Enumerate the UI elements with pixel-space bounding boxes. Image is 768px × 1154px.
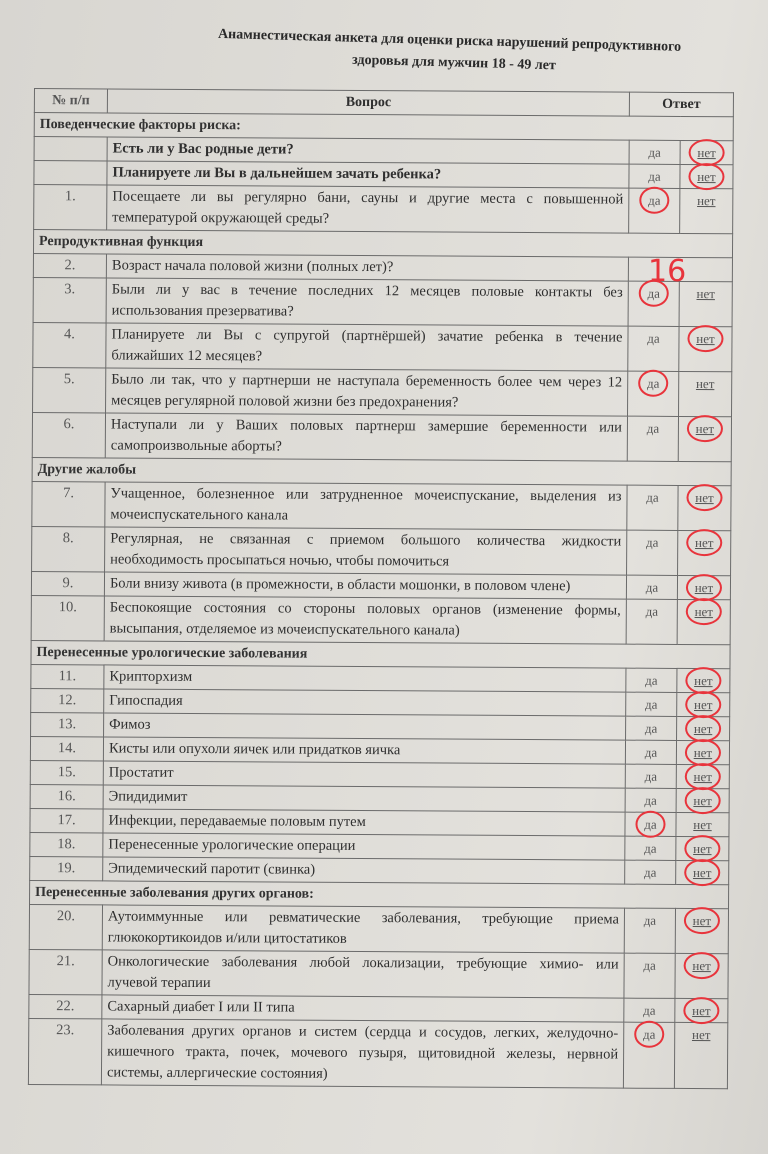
answer-yes-option[interactable]: да — [642, 766, 661, 787]
answer-yes-cell: да — [629, 164, 680, 188]
answer-no-cell: нет — [679, 281, 732, 326]
answer-no-cell: нет — [680, 140, 733, 164]
answer-no-option[interactable]: нет — [690, 790, 715, 811]
question-text: Были ли у вас в течение последних 12 мес… — [106, 278, 628, 326]
answer-yes-cell: да — [625, 812, 676, 836]
answer-no-option[interactable]: нет — [694, 190, 719, 211]
answer-no-cell: нет — [677, 575, 730, 599]
answer-yes-option[interactable]: да — [640, 1000, 659, 1021]
question-number: 23. — [28, 1018, 101, 1084]
question-text: Кисты или опухоли яичек или придатков яи… — [103, 737, 625, 764]
document-title: Анамнестическая анкета для оценки риска … — [149, 22, 750, 83]
answer-no-cell: нет — [676, 836, 729, 860]
answer-yes-option[interactable]: да — [641, 790, 660, 811]
question-text: Наступали ли у Ваших половых партнерш за… — [105, 413, 627, 461]
answer-yes-option[interactable]: да — [642, 670, 661, 691]
answer-no-cell: нет — [674, 1022, 727, 1088]
answer-yes-cell: да — [626, 599, 677, 644]
answer-no-cell: нет — [675, 953, 728, 998]
answer-yes-option[interactable]: да — [640, 955, 659, 976]
question-number — [34, 161, 107, 185]
question-text: Планируете ли Вы в дальнейшем зачать реб… — [107, 161, 629, 188]
answer-yes-option[interactable]: да — [641, 814, 660, 835]
answer-no-cell: нет — [677, 716, 730, 740]
answer-yes-option[interactable]: да — [642, 742, 661, 763]
question-number: 12. — [31, 688, 104, 712]
question-row: 7.Учащенное, болезненное или затрудненно… — [32, 481, 731, 530]
question-row: 6.Наступали ли у Ваших половых партнерш … — [32, 412, 731, 461]
answer-yes-cell: да — [624, 998, 675, 1022]
answer-no-option[interactable]: нет — [689, 1024, 714, 1045]
question-number: 13. — [31, 712, 104, 736]
answer-yes-cell: да — [625, 764, 676, 788]
answer-no-option[interactable]: нет — [692, 601, 717, 622]
answer-yes-option[interactable]: да — [644, 373, 663, 394]
answer-no-option[interactable]: нет — [690, 862, 715, 883]
answer-no-option[interactable]: нет — [690, 910, 715, 931]
answer-no-cell: нет — [680, 188, 733, 233]
answer-no-option[interactable]: нет — [692, 487, 717, 508]
question-row: 1.Посещаете ли вы регулярно бани, сауны … — [34, 185, 733, 234]
answer-no-option[interactable]: нет — [693, 328, 718, 349]
question-number: 22. — [29, 994, 102, 1018]
answer-no-cell: нет — [678, 485, 731, 530]
answer-no-option[interactable]: нет — [692, 577, 717, 598]
answer-yes-option[interactable]: да — [645, 166, 664, 187]
question-row: 21.Онкологические заболевания любой лока… — [29, 949, 728, 998]
answer-yes-cell: да — [626, 668, 677, 692]
answer-no-cell: нет — [675, 908, 728, 953]
question-number: 15. — [30, 760, 103, 784]
answer-yes-cell: да — [625, 860, 676, 884]
question-number: 11. — [31, 664, 104, 688]
answer-no-option[interactable]: нет — [691, 718, 716, 739]
answer-no-cell: нет — [680, 164, 733, 188]
question-number: 10. — [31, 595, 104, 640]
question-number: 2. — [33, 253, 106, 277]
answer-yes-cell: да — [628, 371, 679, 416]
questionnaire-table: № п/п Вопрос Ответ Поведенческие факторы… — [28, 88, 734, 1089]
answer-no-cell: нет — [677, 692, 730, 716]
question-text: Регулярная, не связанная с приемом больш… — [105, 527, 627, 575]
question-number: 3. — [33, 277, 106, 322]
question-row: 8.Регулярная, не связанная с приемом бол… — [32, 526, 731, 575]
question-number: 5. — [33, 367, 106, 412]
question-number: 8. — [32, 526, 105, 571]
answer-yes-option[interactable]: да — [643, 577, 662, 598]
answer-yes-cell: да — [627, 530, 678, 575]
question-number: 6. — [32, 412, 105, 457]
question-row: 4.Планируете ли Вы с супругой (партнёрше… — [33, 322, 732, 371]
question-text: Крипторхизм — [104, 665, 626, 692]
answer-yes-cell: да — [623, 1022, 674, 1088]
answer-yes-option[interactable]: да — [641, 862, 660, 883]
question-text: Боли внизу живота (в промежности, в обла… — [104, 572, 626, 599]
question-number: 17. — [30, 808, 103, 832]
answer-yes-option[interactable]: да — [643, 532, 662, 553]
answer-yes-option[interactable]: да — [642, 694, 661, 715]
answer-yes-cell: да — [624, 953, 675, 998]
answer-yes-option[interactable]: да — [641, 910, 660, 931]
header-num: № п/п — [34, 89, 107, 113]
question-text: Простатит — [103, 761, 625, 788]
answer-no-option[interactable]: нет — [693, 283, 718, 304]
answer-no-option[interactable]: нет — [691, 742, 716, 763]
question-text: Аутоиммунные или ревматические заболеван… — [102, 905, 624, 953]
question-text: Сахарный диабет I или II типа — [102, 995, 624, 1022]
answer-no-cell: нет — [676, 812, 729, 836]
answer-no-cell: нет — [677, 599, 730, 644]
answer-no-cell: нет — [678, 416, 731, 461]
question-text: Перенесенные урологические операции — [103, 833, 625, 860]
answer-yes-cell: да — [625, 788, 676, 812]
answer-yes-cell: да — [629, 188, 680, 233]
question-text: Онкологические заболевания любой локализ… — [102, 950, 624, 998]
answer-no-option[interactable]: нет — [693, 418, 718, 439]
answer-no-option[interactable]: нет — [691, 694, 716, 715]
answer-yes-cell: да — [626, 692, 677, 716]
header-answer: Ответ — [629, 92, 733, 117]
answer-no-cell: нет — [676, 764, 729, 788]
question-row: 20.Аутоиммунные или ревматические заболе… — [29, 904, 728, 953]
question-number: 4. — [33, 322, 106, 367]
answer-no-option[interactable]: нет — [691, 766, 716, 787]
answer-yes-option[interactable]: да — [644, 328, 663, 349]
answer-yes-option[interactable]: да — [642, 718, 661, 739]
question-number: 18. — [30, 832, 103, 856]
answer-no-option[interactable]: нет — [692, 532, 717, 553]
answer-no-option[interactable]: нет — [694, 142, 719, 163]
answer-no-cell: нет — [679, 371, 732, 416]
answer-no-cell: нет — [676, 740, 729, 764]
question-text: Фимоз — [104, 713, 626, 740]
answer-yes-cell: да — [629, 140, 680, 164]
question-number: 14. — [30, 736, 103, 760]
question-text: Эпидидимит — [103, 785, 625, 812]
answer-no-option[interactable]: нет — [690, 838, 715, 859]
answer-no-option[interactable]: нет — [689, 1000, 714, 1021]
question-row: 23.Заболевания других органов и систем (… — [28, 1018, 727, 1088]
question-row: 5.Было ли так, что у партнерши не наступ… — [33, 367, 732, 416]
question-text: Гипоспадия — [104, 689, 626, 716]
question-text: Возраст начала половой жизни (полных лет… — [106, 254, 628, 281]
question-text: Есть ли у Вас родные дети? — [107, 137, 629, 164]
answer-yes-cell: да — [626, 575, 677, 599]
table-body: Поведенческие факторы риска:Есть ли у Ва… — [28, 113, 733, 1089]
answer-yes-cell: да — [626, 716, 677, 740]
question-row: 10.Беспокоящие состояния со стороны поло… — [31, 595, 730, 644]
question-row: 3.Были ли у вас в течение последних 12 м… — [33, 277, 732, 326]
question-text: Посещаете ли вы регулярно бани, сауны и … — [107, 185, 629, 233]
question-text: Инфекции, передаваемые половым путем — [103, 809, 625, 836]
answer-yes-option[interactable]: да — [644, 418, 663, 439]
answer-yes-option[interactable]: да — [645, 190, 664, 211]
answer-yes-cell: да — [625, 836, 676, 860]
questionnaire-page: Анамнестическая анкета для оценки риска … — [0, 0, 768, 1154]
answer-no-option[interactable]: нет — [693, 373, 718, 394]
handwritten-age-note: 16 — [648, 254, 686, 289]
question-number: 1. — [34, 185, 107, 230]
question-number: 9. — [31, 571, 104, 595]
answer-yes-cell: да — [628, 326, 679, 371]
answer-no-cell: нет — [676, 788, 729, 812]
question-number — [34, 137, 107, 161]
answer-yes-cell: да — [625, 740, 676, 764]
question-text: Учащенное, болезненное или затрудненное … — [105, 482, 627, 530]
answer-no-option[interactable]: нет — [690, 814, 715, 835]
question-number: 16. — [30, 784, 103, 808]
question-number: 7. — [32, 481, 105, 526]
answer-yes-cell: да — [624, 908, 675, 953]
answer-no-cell: нет — [675, 998, 728, 1022]
answer-no-cell: нет — [676, 860, 729, 884]
answer-yes-option[interactable]: да — [645, 142, 664, 163]
answer-yes-cell: да — [627, 416, 678, 461]
answer-no-cell: нет — [679, 326, 732, 371]
answer-no-option[interactable]: нет — [694, 166, 719, 187]
answer-no-cell: нет — [678, 530, 731, 575]
answer-yes-option[interactable]: да — [643, 601, 662, 622]
question-text: Планируете ли Вы с супругой (партнёршей)… — [106, 323, 628, 371]
answer-yes-cell: да — [627, 485, 678, 530]
answer-yes-option[interactable]: да — [643, 487, 662, 508]
question-text: Заболевания других органов и систем (сер… — [101, 1019, 623, 1088]
question-number: 21. — [29, 949, 102, 994]
answer-yes-option[interactable]: да — [640, 1024, 659, 1045]
answer-no-option[interactable]: нет — [689, 955, 714, 976]
question-text: Беспокоящие состояния со стороны половых… — [104, 596, 626, 644]
question-text: Было ли так, что у партнерши не наступал… — [106, 368, 628, 416]
answer-yes-option[interactable]: да — [641, 838, 660, 859]
question-text: Эпидемический паротит (свинка) — [103, 857, 625, 884]
answer-no-option[interactable]: нет — [691, 670, 716, 691]
answer-no-cell: нет — [677, 668, 730, 692]
question-number: 20. — [29, 904, 102, 949]
question-number: 19. — [30, 856, 103, 880]
header-question: Вопрос — [107, 89, 629, 116]
